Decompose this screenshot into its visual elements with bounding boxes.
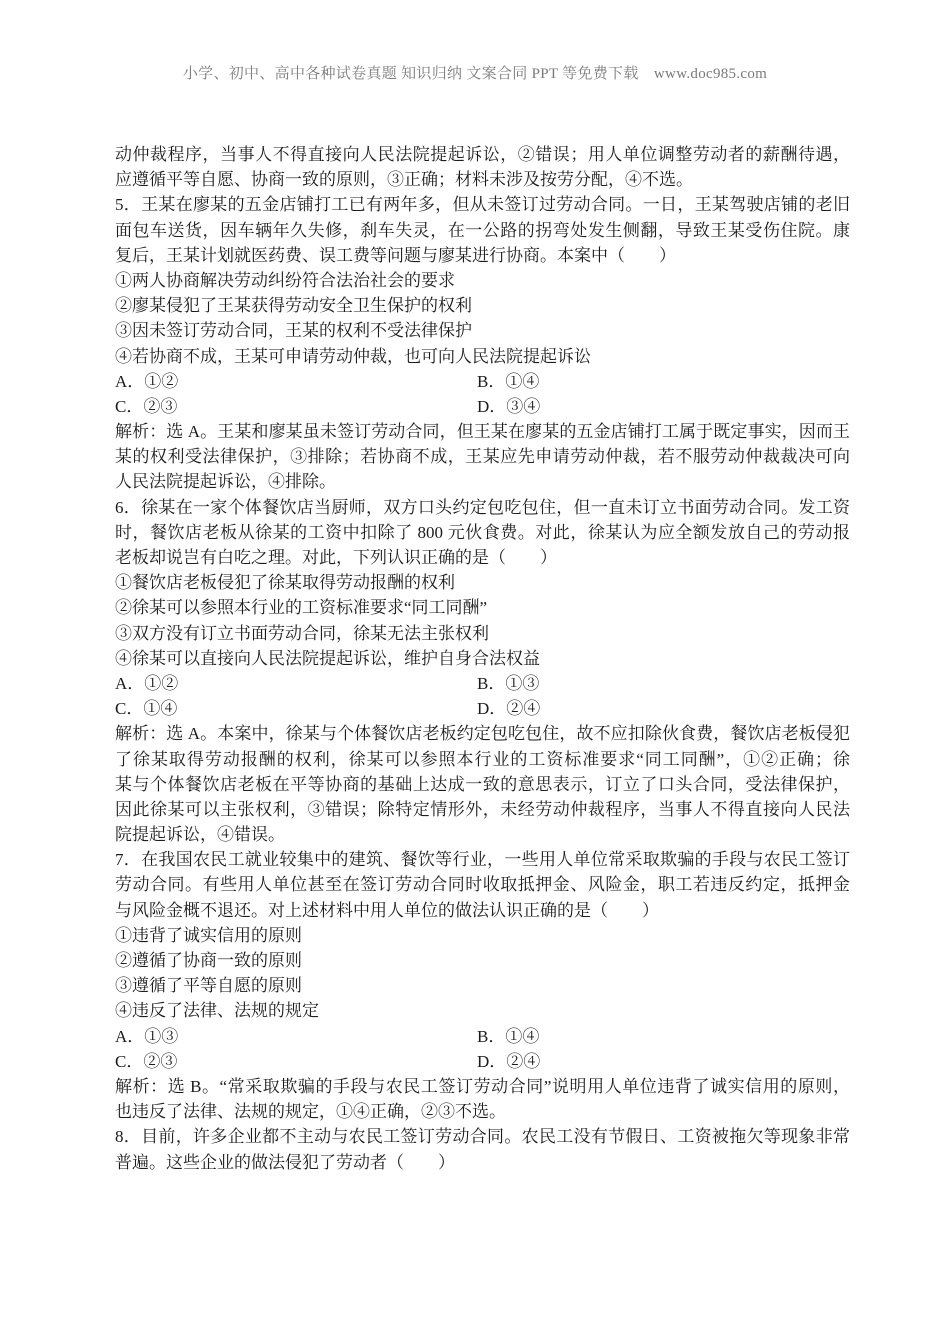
option-right: D．②④: [477, 699, 540, 718]
text-line: ③双方没有订立书面劳动合同，徐某无法主张权利: [115, 621, 850, 646]
text-line: 面包车送货，因车辆年久失修，刹车失灵，在一公路的拐弯处发生侧翻，导致王某受伤住院…: [115, 218, 850, 243]
document-page: 小学、初中、高中各种试卷真题 知识归纳 文案合同 PPT 等免费下载 www.d…: [0, 0, 950, 1344]
text-line: 了徐某取得劳动报酬的权利，徐某可以参照本行业的工资标准要求“同工同酬”，①②正确…: [115, 747, 850, 772]
text-line: 动仲裁程序，当事人不得直接向人民法院提起诉讼，②错误；用人单位调整劳动者的薪酬待…: [115, 142, 850, 167]
text-line: 也违反了法律、法规的规定，①④正确，②③不选。: [115, 1099, 850, 1124]
text-line: 复后，王某计划就医药费、误工费等问题与廖某进行协商。本案中（ ）: [115, 243, 850, 268]
options-row: A．①②B．①④: [115, 369, 850, 394]
text-line: 因此徐某可以主张权利，③错误；除特定情形外，未经劳动仲裁程序，当事人不得直接向人…: [115, 797, 850, 822]
text-line: 解析：选 A。王某和廖某虽未签订劳动合同，但王某在廖某的五金店铺打工属于既定事实…: [115, 419, 850, 444]
option-right: D．②④: [477, 1052, 540, 1071]
option-right: B．①③: [477, 674, 539, 693]
option-left: A．①③: [115, 1024, 477, 1049]
text-line: ③遵循了平等自愿的原则: [115, 973, 850, 998]
text-line: 劳动合同。有些用人单位甚至在签订劳动合同时收取抵押金、风险金，职工若违反约定，抵…: [115, 872, 850, 897]
option-left: A．①②: [115, 671, 477, 696]
text-line: ③因未签订劳动合同，王某的权利不受法律保护: [115, 318, 850, 343]
text-line: 人民法院提起诉讼，④排除。: [115, 469, 850, 494]
watermark-header: 小学、初中、高中各种试卷真题 知识归纳 文案合同 PPT 等免费下载 www.d…: [0, 64, 950, 84]
document-body: 动仲裁程序，当事人不得直接向人民法院提起诉讼，②错误；用人单位调整劳动者的薪酬待…: [115, 142, 850, 1175]
options-row: A．①②B．①③: [115, 671, 850, 696]
text-line: ①餐饮店老板侵犯了徐某取得劳动报酬的权利: [115, 570, 850, 595]
text-line: 6．徐某在一家个体餐饮店当厨师，双方口头约定包吃包住，但一直未订立书面劳动合同。…: [115, 495, 850, 520]
text-line: 应遵循平等自愿、协商一致的原则，③正确；材料未涉及按劳分配，④不选。: [115, 167, 850, 192]
text-line: 某的权利受法律保护，③排除；若协商不成，王某应先申请劳动仲裁，若不服劳动仲裁裁决…: [115, 444, 850, 469]
text-line: ①违背了诚实信用的原则: [115, 923, 850, 948]
option-left: A．①②: [115, 369, 477, 394]
text-line: 普遍。这些企业的做法侵犯了劳动者（ ）: [115, 1150, 850, 1175]
text-line: 7．在我国农民工就业较集中的建筑、餐饮等行业，一些用人单位常采取欺骗的手段与农民…: [115, 847, 850, 872]
text-line: ④徐某可以直接向人民法院提起诉讼，维护自身合法权益: [115, 646, 850, 671]
text-line: 院提起诉讼，④错误。: [115, 822, 850, 847]
option-right: B．①④: [477, 372, 539, 391]
options-row: C．②③D．②④: [115, 1049, 850, 1074]
text-line: ②徐某可以参照本行业的工资标准要求“同工同酬”: [115, 595, 850, 620]
text-line: ①两人协商解决劳动纠纷符合法治社会的要求: [115, 268, 850, 293]
text-line: 时，餐饮店老板从徐某的工资中扣除了 800 元伙食费。对此，徐某认为应全额发放自…: [115, 520, 850, 545]
options-row: C．①④D．②④: [115, 696, 850, 721]
text-line: ④违反了法律、法规的规定: [115, 998, 850, 1023]
options-row: A．①③B．①④: [115, 1024, 850, 1049]
text-line: 8．目前，许多企业都不主动与农民工签订劳动合同。农民工没有节假日、工资被拖欠等现…: [115, 1124, 850, 1149]
option-left: C．①④: [115, 696, 477, 721]
option-right: D．③④: [477, 397, 540, 416]
options-row: C．②③D．③④: [115, 394, 850, 419]
text-line: ②廖某侵犯了王某获得劳动安全卫生保护的权利: [115, 293, 850, 318]
text-line: 5．王某在廖某的五金店铺打工已有两年多，但从未签订过劳动合同。一日，王某驾驶店铺…: [115, 192, 850, 217]
text-line: 解析：选 B。“常采取欺骗的手段与农民工签订劳动合同”说明用人单位违背了诚实信用…: [115, 1074, 850, 1099]
text-line: 解析：选 A。本案中，徐某与个体餐饮店老板约定包吃包住，故不应扣除伙食费，餐饮店…: [115, 721, 850, 746]
text-line: 与风险金概不退还。对上述材料中用人单位的做法认识正确的是（ ）: [115, 898, 850, 923]
option-left: C．②③: [115, 394, 477, 419]
option-left: C．②③: [115, 1049, 477, 1074]
text-line: ④若协商不成，王某可申请劳动仲裁，也可向人民法院提起诉讼: [115, 344, 850, 369]
text-line: 某与个体餐饮店老板在平等协商的基础上达成一致的意思表示，订立了口头合同，受法律保…: [115, 772, 850, 797]
option-right: B．①④: [477, 1027, 539, 1046]
text-line: 老板却说岂有白吃之理。对此，下列认识正确的是（ ）: [115, 545, 850, 570]
text-line: ②遵循了协商一致的原则: [115, 948, 850, 973]
